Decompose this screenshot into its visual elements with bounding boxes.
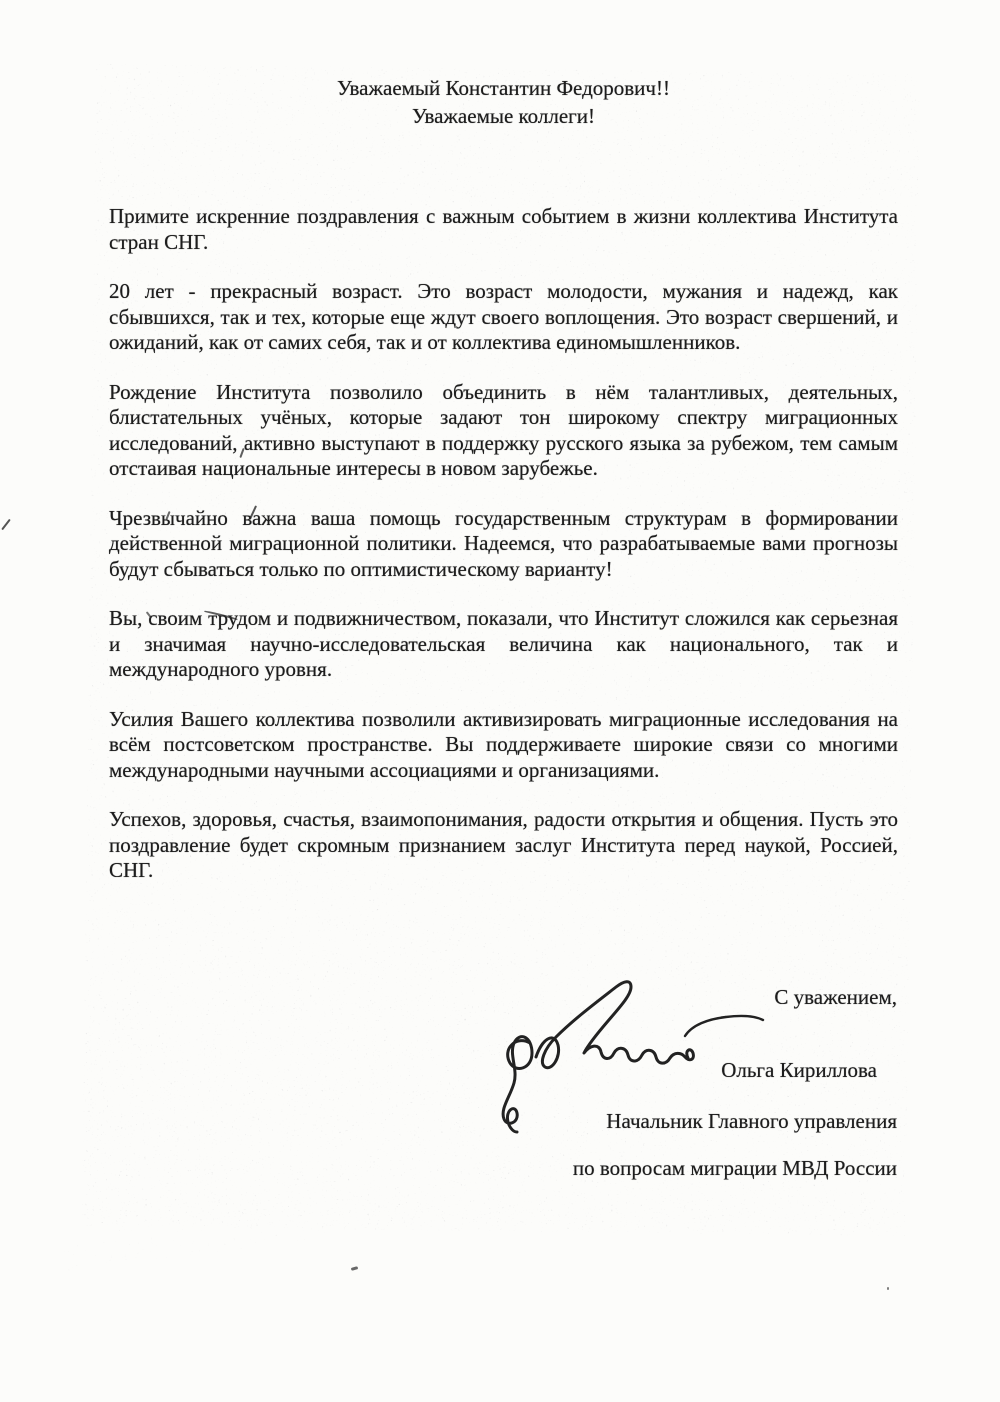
paragraph-institute-birth: Рождение Института позволило объединить … (109, 380, 898, 482)
paragraph-twenty-years: 20 лет - прекрасный возраст. Это возраст… (109, 279, 898, 356)
paragraph-research-standing: Вы, своим трудом и подвижничеством, пока… (109, 606, 898, 683)
closing-line: С уважением, (774, 984, 897, 1010)
salutation-line-addressee: Уважаемый Константин Федорович!! (109, 74, 898, 102)
salutation-line-colleagues: Уважаемые коллеги! (109, 102, 898, 130)
signature-name: Ольга Кириллова (721, 1057, 877, 1083)
scan-artifact (351, 1266, 359, 1271)
scan-artifact (1, 519, 11, 530)
paragraph-migration-policy: Чрезвычайно важна ваша помощь государств… (109, 506, 898, 583)
paragraph-wishes: Успехов, здоровья, счастья, взаимопонима… (109, 807, 898, 884)
scan-artifact (887, 1287, 889, 1290)
salutation-block: Уважаемый Константин Федорович!! Уважаем… (109, 74, 898, 130)
scan-noise-trail (60, 1182, 461, 1273)
letter-body: Примите искренние поздравления с важным … (109, 204, 898, 908)
paragraph-congratulations: Примите искренние поздравления с важным … (109, 204, 898, 255)
scanned-letter-page: Уважаемый Константин Федорович!! Уважаем… (0, 0, 1000, 1402)
signature-title-line-1: Начальник Главного управления (606, 1108, 897, 1134)
signature-title-line-2: по вопросам миграции МВД России (573, 1155, 897, 1181)
paragraph-collective-efforts: Усилия Вашего коллектива позволили актив… (109, 707, 898, 784)
